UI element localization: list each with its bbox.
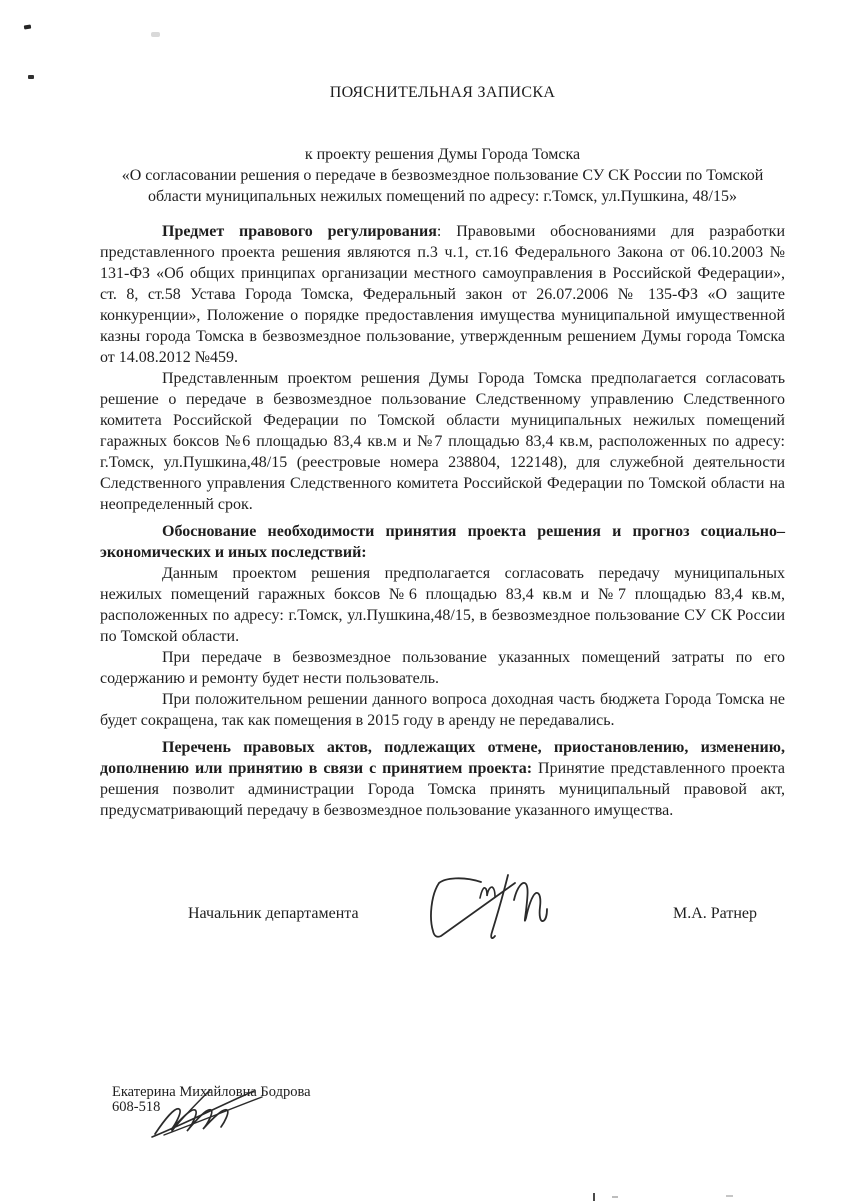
scan-artifact-dot — [24, 25, 31, 30]
subject-line: к проекту решения Думы Города Томска — [100, 144, 785, 165]
subject-quote: «О согласовании решения о передаче в без… — [100, 165, 785, 207]
document-title: ПОЯСНИТЕЛЬНАЯ ЗАПИСКА — [100, 82, 785, 103]
scan-artifact-dot — [28, 75, 34, 79]
paragraph-transfer: Данным проектом решения предполагается с… — [100, 563, 785, 647]
section-heading-justification: Обоснование необходимости принятия проек… — [100, 521, 785, 563]
paragraph-legal-basis-text: : Правовыми обоснованиями для разработки… — [100, 223, 785, 366]
signer-name: М.А. Ратнер — [673, 903, 757, 924]
paragraph-project-essence: Представленным проектом решения Думы Гор… — [100, 368, 785, 515]
scan-artifact-mark — [726, 1195, 733, 1197]
signature-scrawl-ratner — [415, 872, 555, 950]
text-column: ПОЯСНИТЕЛЬНАЯ ЗАПИСКА к проекту решения … — [100, 0, 785, 821]
paragraph-legal-acts: Перечень правовых актов, подлежащих отме… — [100, 737, 785, 821]
paragraph-maintenance-costs: При передаче в безвозмездное пользование… — [100, 647, 785, 689]
signer-position: Начальник департамента — [188, 903, 359, 924]
document-page: ПОЯСНИТЕЛЬНАЯ ЗАПИСКА к проекту решения … — [0, 0, 850, 1201]
signature-scrawl-bodrova — [150, 1080, 278, 1140]
scan-artifact-mark — [612, 1196, 618, 1198]
scan-artifact-mark — [593, 1193, 595, 1201]
paragraph-legal-basis-lead: Предмет правового регулирования — [162, 223, 437, 240]
document-subject: к проекту решения Думы Города Томска «О … — [100, 144, 785, 207]
paragraph-budget-impact: При положительном решении данного вопрос… — [100, 689, 785, 731]
paragraph-legal-basis: Предмет правового регулирования: Правовы… — [100, 221, 785, 368]
